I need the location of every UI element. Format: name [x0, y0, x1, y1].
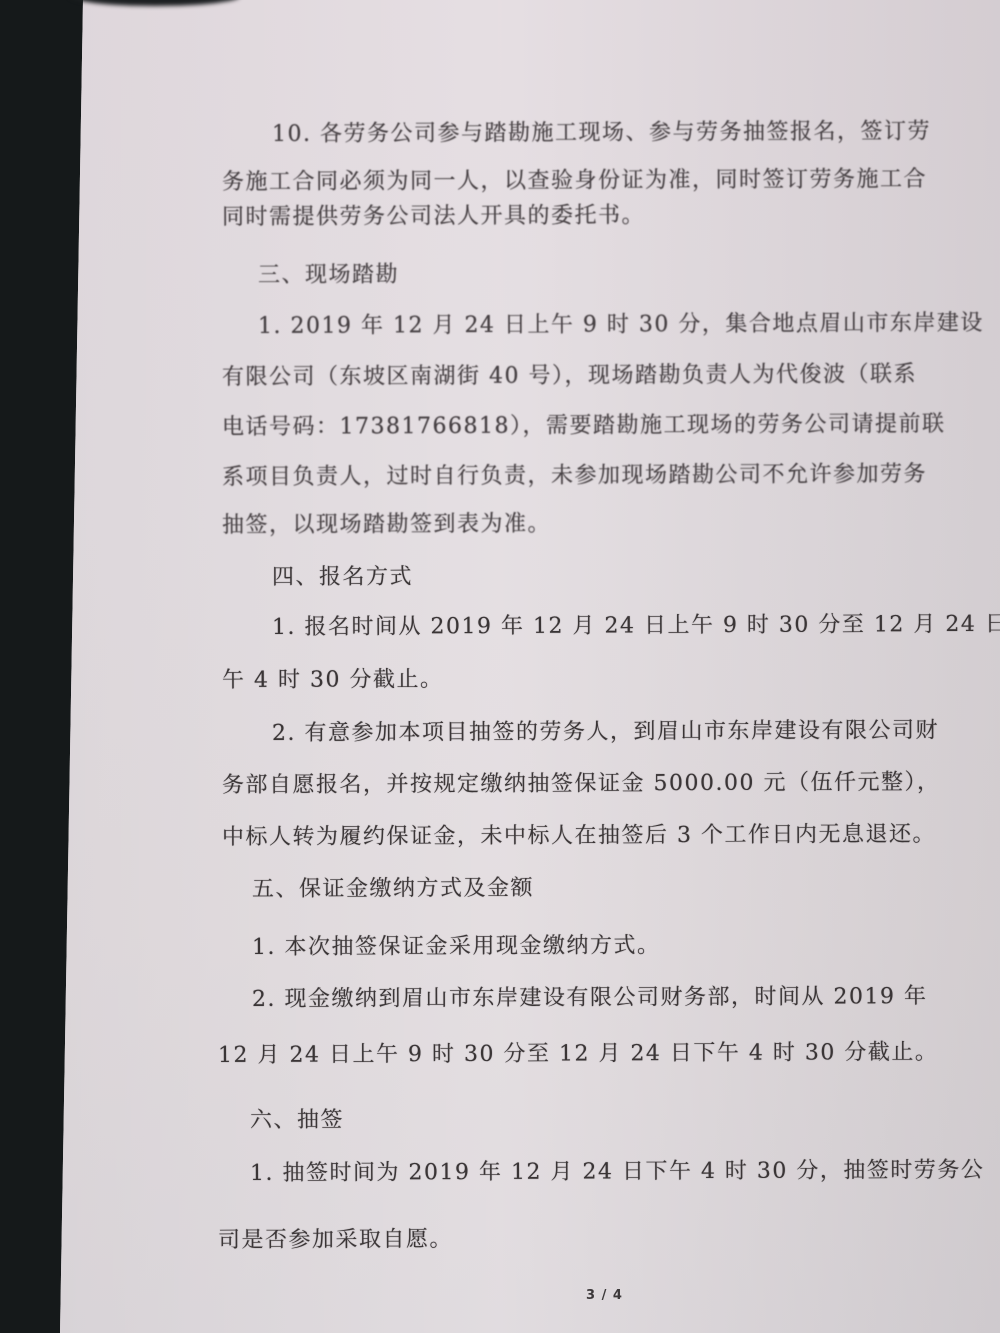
item-10-line-1: 10. 各劳务公司参与踏勘施工现场、参与劳务抽签报名，签订劳	[272, 114, 931, 148]
section-6-heading: 六、抽签	[250, 1103, 344, 1134]
section-3-item-1-line-5: 抽签，以现场踏勘签到表为准。	[222, 507, 551, 539]
item-10-line-2: 务施工合同必须为同一人，以查验身份证为准，同时签订劳务施工合	[222, 162, 927, 196]
section-3-item-1-line-3: 电话号码：17381766818），需要踏勘施工现场的劳务公司请提前联	[222, 407, 946, 441]
section-6-item-1-line-2: 司是否参加采取自愿。	[218, 1222, 453, 1254]
section-3-item-1-line-2: 有限公司（东坡区南湖街 40 号），现场踏勘负责人为代俊波（联系	[222, 357, 917, 391]
section-5-item-1: 1. 本次抽签保证金采用现金缴纳方式。	[252, 928, 661, 961]
section-3-item-1-line-1: 1. 2019 年 12 月 24 日上午 9 时 30 分，集合地点眉山市东岸…	[258, 306, 984, 340]
section-3-item-1-line-4: 系项目负责人，过时自行负责，未参加现场踏勘公司不允许参加劳务	[222, 457, 927, 491]
section-4-item-2-line-2: 务部自愿报名，并按规定缴纳抽签保证金 5000.00 元（伍仟元整），	[222, 765, 941, 799]
section-5-item-2-line-2: 12 月 24 日上午 9 时 30 分至 12 月 24 日下午 4 时 30…	[218, 1035, 938, 1069]
section-4-item-1-line-1: 1. 报名时间从 2019 年 12 月 24 日上午 9 时 30 分至 12…	[272, 607, 1000, 641]
section-4-item-2-line-3: 中标人转为履约保证金，未中标人在抽签后 3 个工作日内无息退还。	[222, 817, 936, 851]
page-number: 3 / 4	[586, 1288, 623, 1303]
item-10-line-3: 同时需提供劳务公司法人开具的委托书。	[222, 198, 645, 231]
section-3-heading: 三、现场踏勘	[258, 257, 399, 289]
section-4-item-2-line-1: 2. 有意参加本项目抽签的劳务人，到眉山市东岸建设有限公司财	[272, 713, 939, 747]
section-4-item-1-line-2: 午 4 时 30 分截止。	[222, 662, 444, 694]
section-5-item-2-line-1: 2. 现金缴纳到眉山市东岸建设有限公司财务部，时间从 2019 年	[252, 979, 928, 1013]
section-4-heading: 四、报名方式	[272, 559, 413, 591]
section-5-heading: 五、保证金缴纳方式及金额	[252, 871, 534, 903]
section-6-item-1-line-1: 1. 抽签时间为 2019 年 12 月 24 日下午 4 时 30 分，抽签时…	[250, 1153, 985, 1187]
